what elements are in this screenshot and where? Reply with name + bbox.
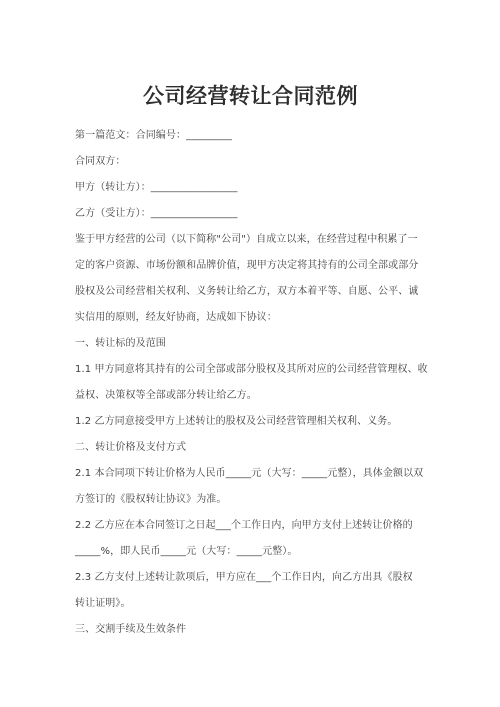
document-line-clause-2-3b: 转让证明》。 — [75, 591, 426, 617]
document-line-clause-2-2b: _____%，即人民币_____元（大写：_____元整）。 — [75, 539, 426, 565]
document-line-parties-heading: 合同双方： — [75, 149, 426, 175]
document-title: 公司经营转让合同范例 — [75, 84, 426, 109]
document-line-preamble-1: 鉴于甲方经营的公司（以下简称"公司"）自成立以来，在经营过程中积累了一 — [75, 227, 426, 253]
document-line-clause-2-1a: 2.1 本合同项下转让价格为人民币_____元（大写：_____元整），具体金额… — [75, 461, 426, 487]
document-line-clause-2-3a: 2.3 乙方支付上述转让款项后，甲方应在___个工作日内，向乙方出具《股权 — [75, 565, 426, 591]
document-line-clause-2-1b: 方签订的《股权转让协议》为准。 — [75, 487, 426, 513]
document-line-clause-2-2a: 2.2 乙方应在本合同签订之日起___个工作日内，向甲方支付上述转让价格的 — [75, 513, 426, 539]
document-line-preamble-3: 股权及公司经营相关权利、义务转让给乙方，双方本着平等、自愿、公平、诚 — [75, 279, 426, 305]
document-line-section-1-heading: 一、转让标的及范围 — [75, 331, 426, 357]
contract-document-page: 公司经营转让合同范例 第一篇范文：合同编号：_________ 合同双方： 甲方… — [0, 0, 500, 707]
document-line-preamble-2: 定的客户资源、市场份额和品牌价值，现甲方决定将其持有的公司全部或部分 — [75, 253, 426, 279]
document-line-clause-1-2: 1.2 乙方同意接受甲方上述转让的股权及公司经营管理相关权利、义务。 — [75, 409, 426, 435]
document-line-section-3-heading: 三、交割手续及生效条件 — [75, 617, 426, 643]
document-line-party-b: 乙方（受让方）：_________________ — [75, 201, 426, 227]
document-line-preamble-4: 实信用的原则，经友好协商，达成如下协议： — [75, 305, 426, 331]
document-line-contract-number: 第一篇范文：合同编号：_________ — [75, 123, 426, 149]
document-line-clause-1-1b: 益权、决策权等全部或部分转让给乙方。 — [75, 383, 426, 409]
document-line-clause-1-1a: 1.1 甲方同意将其持有的公司全部或部分股权及其所对应的公司经营管理权、收 — [75, 357, 426, 383]
document-line-party-a: 甲方（转让方）：_________________ — [75, 175, 426, 201]
document-line-section-2-heading: 二、转让价格及支付方式 — [75, 435, 426, 461]
document-body: 第一篇范文：合同编号：_________ 合同双方： 甲方（转让方）：_____… — [75, 123, 426, 643]
